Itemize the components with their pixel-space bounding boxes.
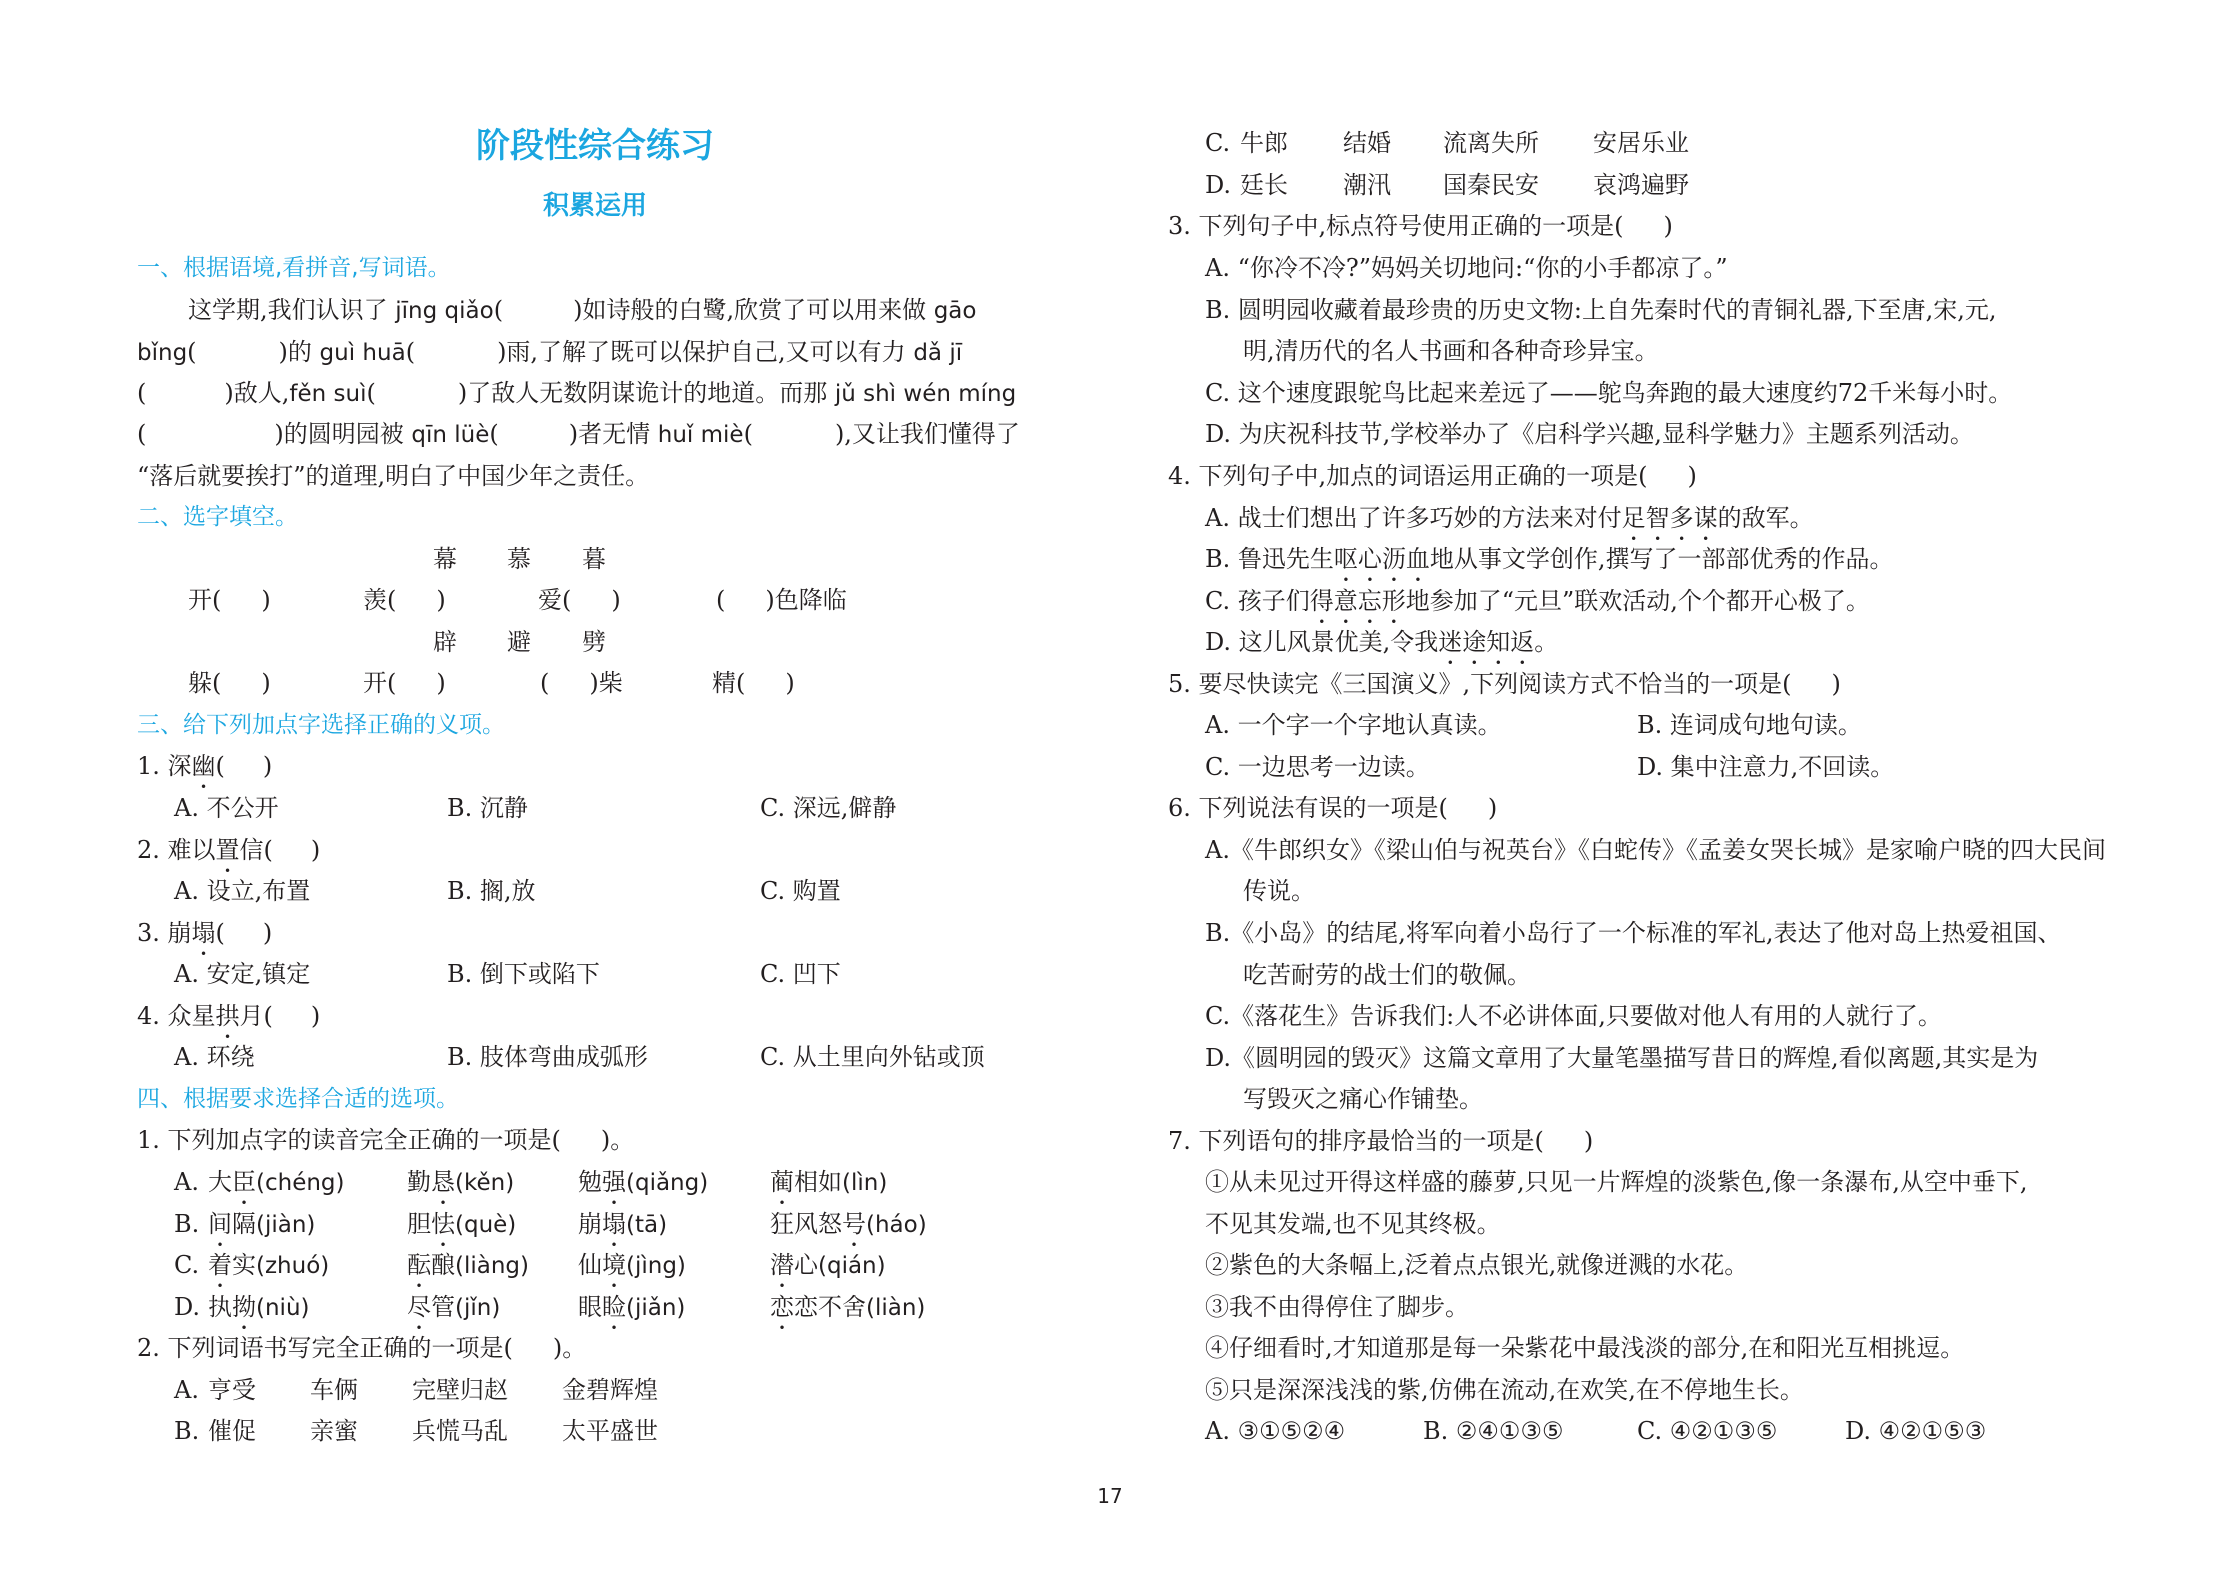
section1-line-2: bǐng()的 guì huā()雨,了解了既可以保护自己,又可以有力 dǎ j… (137, 337, 962, 367)
option-b[interactable]: B. 倒下或陷下 (447, 959, 600, 989)
word-item: 酝酿(liàng) (407, 1250, 529, 1293)
blank-close: ) (311, 836, 320, 864)
option-d[interactable]: D. 集中注意力,不回读。 (1637, 752, 1894, 782)
text: )如诗般的白鹭,欣赏了可以用来做 (573, 296, 934, 324)
word: 金碧辉煌 (562, 1375, 658, 1405)
s3-question-1: 1. 深幽() (137, 751, 272, 781)
pinyin: dǎ jī (913, 340, 962, 366)
emphasized-char: 着 (208, 1251, 232, 1279)
emphasized-char: 潜 (770, 1251, 794, 1279)
option-a[interactable]: A. ③①⑤②④ (1205, 1416, 1345, 1446)
option-b[interactable]: B. ②④①③⑤ (1423, 1416, 1563, 1446)
word: 车俩 (310, 1375, 358, 1405)
text: 大 (208, 1168, 232, 1196)
fill-item: 开() (188, 585, 271, 615)
s4-q7-sentence-1-cont: 不见其发端,也不见其终极。 (1205, 1209, 1501, 1239)
pinyin: (liàn) (866, 1295, 925, 1321)
page-number: 17 (1095, 1484, 1125, 1508)
word-part: 精( (712, 669, 745, 697)
section3-heading: 三、给下列加点字选择正确的义项。 (137, 710, 505, 740)
word: 结婚 (1343, 128, 1391, 158)
fill-item: 精() (712, 668, 795, 698)
blank-close: ) (263, 752, 272, 780)
text: 众星 (168, 1002, 216, 1030)
option-a[interactable]: A. 设立,布置 (174, 876, 310, 906)
pinyin: jǔ shì wén míng (835, 381, 1016, 407)
question-number: 4. (137, 1002, 160, 1030)
s4-q7-sentence-1: ①从未见过开得这样盛的藤萝,只见一片辉煌的淡紫色,像一条瀑布,从空中垂下, (1205, 1167, 2028, 1197)
text: A. 战士们想出了许多巧妙的方法来对付 (1205, 504, 1622, 532)
fill-item: 躲() (188, 668, 271, 698)
question-stem: 7. 下列语句的排序最恰当的一项是( (1168, 1127, 1544, 1155)
text: 相如 (794, 1168, 842, 1196)
char-option: 避 (507, 627, 531, 657)
text: C. 孩子们 (1205, 587, 1310, 615)
s3-question-2: 2. 难以置信() (137, 835, 320, 865)
emphasized-phrase: 呕心沥血 (1334, 545, 1430, 573)
s4-q6-option-b[interactable]: B.《小岛》的结尾,将军向着小岛行了一个标准的军礼,表达了他对岛上热爱祖国、 (1205, 918, 2062, 948)
emphasized-phrase: 得意忘形 (1310, 587, 1406, 615)
option-a[interactable]: A. 不公开 (174, 793, 279, 823)
s4-q6-option-d-cont: 写毁灭之痛心作铺垫。 (1243, 1084, 1483, 1114)
s4-q6-option-a-cont: 传说。 (1243, 876, 1315, 906)
option-b[interactable]: B. 肢体弯曲成弧形 (447, 1042, 648, 1072)
blank-open: ( (366, 379, 375, 407)
word: 催促 (208, 1416, 256, 1446)
s3-question-4: 4. 众星拱月() (137, 1001, 320, 1031)
emphasized-char: 恋 (770, 1293, 794, 1321)
emphasized-char: 恳 (431, 1168, 455, 1196)
text: 勤 (407, 1168, 431, 1196)
question-stem: 4. 下列句子中,加点的词语运用正确的一项是( (1168, 462, 1648, 490)
word-part: 羡( (363, 586, 396, 614)
blank-open: ( (716, 586, 725, 614)
text: 实 (232, 1251, 256, 1279)
word-item: 潜心(qián) (770, 1250, 886, 1293)
word: 牛郎 (1240, 128, 1288, 158)
s4-question-3: 3. 下列句子中,标点符号使用正确的一项是() (1168, 211, 1673, 241)
pinyin: (jǐn) (455, 1295, 500, 1321)
blank-close: ) (436, 586, 445, 614)
blank-close: ) (1832, 670, 1841, 698)
char-option: 幕 (433, 544, 457, 574)
text: ( (216, 752, 225, 780)
option-label: C. (174, 1250, 199, 1280)
char-option: 辟 (433, 627, 457, 657)
fill-item: ()色降临 (716, 585, 847, 615)
char-option: 暮 (582, 544, 606, 574)
blank-open: ( (744, 420, 753, 448)
blank-close: )。 (553, 1334, 586, 1362)
text: D. 这儿风景优美,令我 (1205, 628, 1438, 656)
text: 胆 (407, 1210, 431, 1238)
word: 潮汛 (1343, 170, 1391, 200)
word: 太平盛世 (562, 1416, 658, 1446)
emphasized-char: 强 (602, 1168, 626, 1196)
option-b[interactable]: B. 沉静 (447, 793, 528, 823)
blank-close: )。 (601, 1126, 634, 1154)
option-label: D. (1205, 170, 1231, 200)
blank-open: ( (540, 669, 549, 697)
word-part: )色降临 (765, 586, 846, 614)
s4-q7-sentence-4: ④仔细看时,才知道那是每一朵紫花中最浅淡的部分,在和阳光互相挑逗。 (1205, 1333, 1964, 1363)
text: 眼 (578, 1293, 602, 1321)
section1-line-4: ()的圆明园被 qīn lüè()者无情 huǐ miè(),又让我们懂得了 (137, 419, 1020, 449)
pinyin: (jìng) (626, 1253, 686, 1279)
option-label: C. (1205, 128, 1230, 158)
section1-line-5: “落后就要挨打”的道理,明白了中国少年之责任。 (137, 461, 649, 491)
blank-open: ( (489, 420, 498, 448)
section1-line-1: 这学期,我们认识了 jīng qiǎo()如诗般的白鹭,欣赏了可以用来做 gāo (188, 295, 976, 325)
s4-q3-option-b[interactable]: B. 圆明园收藏着最珍贵的历史文物:上自先秦时代的青铜礼器,下至唐,宋,元, (1205, 295, 1997, 325)
pinyin: (jiàn) (256, 1212, 315, 1238)
word-item: 着实(zhuó) (208, 1250, 329, 1293)
pinyin: qīn lüè (411, 422, 489, 448)
emphasized-char: 幽 (192, 752, 216, 780)
text: 的敌军。 (1718, 504, 1814, 532)
word: 国秦民安 (1443, 170, 1539, 200)
word-item: 眼睑(jiǎn) (578, 1292, 685, 1335)
pinyin: (chéng) (256, 1170, 345, 1196)
emphasized-char: 号 (842, 1210, 866, 1238)
s4-q4-option-c[interactable]: C. 孩子们得意忘形地参加了“元旦”联欢活动,个个都开心极了。 (1205, 586, 1870, 616)
text: 执 (208, 1293, 232, 1321)
fill-item: ()柴 (540, 668, 623, 698)
section1-line-3: ()敌人,fěn suì()了敌人无数阴谋诡计的地道。而那 jǔ shì wén… (137, 378, 1016, 408)
blank-open: ( (494, 296, 503, 324)
word: 兵慌马乱 (412, 1416, 508, 1446)
blank-close: ) (263, 919, 272, 947)
option-label: B. (174, 1416, 199, 1446)
page-subtitle: 积累运用 (0, 190, 1190, 222)
s4-q4-option-a[interactable]: A. 战士们想出了许多巧妙的方法来对付足智多谋的敌军。 (1205, 503, 1814, 533)
text: 勉 (578, 1168, 602, 1196)
question-stem: 2. 下列词语书写完全正确的一项是( (137, 1334, 513, 1362)
fill-item: 开() (363, 668, 446, 698)
pinyin: huǐ miè (658, 422, 744, 448)
s4-q7-sentence-3: ③我不由得停住了脚步。 (1205, 1292, 1469, 1322)
text: )的 (279, 338, 320, 366)
text: 心 (794, 1251, 818, 1279)
word-item: 仙境(jìng) (578, 1250, 686, 1293)
text: 月( (240, 1002, 273, 1030)
s4-question-5: 5. 要尽快读完《三国演义》,下列阅读方式不恰当的一项是() (1168, 669, 1841, 699)
blank-open: ( (137, 379, 146, 407)
option-c[interactable]: C. ④②①③⑤ (1637, 1416, 1777, 1446)
s4-q3-option-a[interactable]: A. “你冷不冷?”妈妈关切地问:“你的小手都凉了。” (1205, 253, 1728, 283)
blank-close: ) (1584, 1127, 1593, 1155)
option-a[interactable]: A. 环绕 (174, 1042, 255, 1072)
s4-q4-option-b[interactable]: B. 鲁迅先生呕心沥血地从事文学创作,撰写了一部部优秀的作品。 (1205, 544, 1894, 574)
pinyin: gāo (934, 298, 977, 324)
text: 崩 (578, 1210, 602, 1238)
option-label: A. (174, 1167, 199, 1197)
text: 信( (240, 836, 273, 864)
blank-open: ( (187, 338, 196, 366)
word: 哀鸿遍野 (1593, 170, 1689, 200)
text: )敌人, (224, 379, 289, 407)
word-item: 恋恋不舍(liàn) (770, 1292, 925, 1335)
text: 仙 (578, 1251, 602, 1279)
blank-close: ) (1488, 794, 1497, 822)
question-number: 2. (137, 836, 160, 864)
word: 流离失所 (1443, 128, 1539, 158)
s4-question-6: 6. 下列说法有误的一项是() (1168, 793, 1497, 823)
s4-q6-option-d[interactable]: D.《圆明园的毁灭》这篇文章用了大量笔墨描写昔日的辉煌,看似离题,其实是为 (1205, 1043, 2038, 1073)
pinyin: (tā) (626, 1212, 667, 1238)
pinyin: guì huā (320, 340, 406, 366)
option-c[interactable]: C. 一边思考一边读。 (1205, 752, 1430, 782)
s4-q6-option-a[interactable]: A.《牛郎织女》《梁山伯与祝英台》《白蛇传》《孟姜女哭长城》是家喻户晓的四大民间 (1205, 835, 2106, 865)
option-label: B. (174, 1209, 199, 1239)
emphasized-char: 间 (208, 1210, 232, 1238)
emphasized-char: 臣 (232, 1168, 256, 1196)
text: )了敌人无数阴谋诡计的地道。而那 (458, 379, 835, 407)
pinyin: fěn suì (289, 381, 366, 407)
text: 狂风怒 (770, 1210, 842, 1238)
word-item: 崩塌(tā) (578, 1209, 667, 1252)
s4-q7-sentence-5: ⑤只是深深浅浅的紫,仿佛在流动,在欢笑,在不停地生长。 (1205, 1375, 1804, 1405)
pinyin: (liàng) (455, 1253, 529, 1279)
question-stem: 6. 下列说法有误的一项是( (1168, 794, 1448, 822)
word: 安居乐业 (1593, 128, 1689, 158)
pinyin: (jiǎn) (626, 1295, 685, 1321)
emphasized-char: 睑 (602, 1293, 626, 1321)
text: 恋不舍 (794, 1293, 866, 1321)
option-a[interactable]: A. 一个字一个字地认真读。 (1205, 710, 1502, 740)
word: 完壁归赵 (412, 1375, 508, 1405)
word-item: 执拗(niù) (208, 1292, 310, 1335)
word: 廷长 (1240, 170, 1288, 200)
pinyin: bǐng (137, 340, 187, 366)
pinyin: (zhuó) (256, 1253, 329, 1279)
word-item: 狂风怒号(háo) (770, 1209, 927, 1252)
section2-heading: 二、选字填空。 (137, 502, 298, 532)
emphasized-phrase: 足智多谋 (1622, 504, 1718, 532)
pinyin: (què) (455, 1212, 516, 1238)
option-label: A. (174, 1375, 199, 1405)
pinyin: (qián) (818, 1253, 886, 1279)
text: 难以 (168, 836, 216, 864)
question-stem: 3. 下列句子中,标点符号使用正确的一项是( (1168, 212, 1624, 240)
option-c[interactable]: C. 深远,僻静 (760, 793, 896, 823)
option-c[interactable]: C. 凹下 (760, 959, 841, 989)
option-label: D. (174, 1292, 200, 1322)
pinyin: (niù) (256, 1295, 310, 1321)
blank-close: ) (261, 586, 270, 614)
emphasized-char: 塌 (602, 1210, 626, 1238)
fill-item: 羡() (363, 585, 446, 615)
word: 亲蜜 (310, 1416, 358, 1446)
char-option: 慕 (507, 544, 531, 574)
s4-q3-option-b-cont: 明,清历代的名人书画和各种奇珍异宝。 (1243, 336, 1659, 366)
word: 亨受 (208, 1375, 256, 1405)
text: 隔 (232, 1210, 256, 1238)
word-item: 尽管(jǐn) (407, 1292, 500, 1335)
option-c[interactable]: C. 购置 (760, 876, 841, 906)
section4-heading: 四、根据要求选择合适的选项。 (137, 1084, 459, 1114)
s4-q3-option-c[interactable]: C. 这个速度跟鸵鸟比起来差远了——鸵鸟奔跑的最大速度约72千米每小时。 (1205, 378, 2012, 408)
text: )雨,了解了既可以保护自己,又可以有力 (497, 338, 913, 366)
emphasized-char: 尽 (407, 1293, 431, 1321)
emphasized-char: 塌 (192, 919, 216, 947)
s4-question-7: 7. 下列语句的排序最恰当的一项是() (1168, 1126, 1593, 1156)
s4-q4-option-d[interactable]: D. 这儿风景优美,令我迷途知返。 (1205, 627, 1558, 657)
text: 地从事文学创作,撰写了一部部优秀的作品。 (1430, 545, 1894, 573)
word-part: 开( (188, 586, 221, 614)
option-d[interactable]: D. ④②①⑤③ (1845, 1416, 1986, 1446)
text: 。 (1534, 628, 1558, 656)
pinyin: jīng qiǎo (395, 298, 493, 324)
s4-q6-option-c[interactable]: C.《落花生》告诉我们:人不必讲体面,只要做对他人有用的人就行了。 (1205, 1001, 1942, 1031)
s4-question-2: 2. 下列词语书写完全正确的一项是()。 (137, 1333, 586, 1363)
emphasized-char: 蔺 (770, 1168, 794, 1196)
blank-close: ) (785, 669, 794, 697)
text: )者无情 (569, 420, 658, 448)
text: 地参加了“元旦”联欢活动,个个都开心极了。 (1406, 587, 1870, 615)
text: ),又让我们懂得了 (835, 420, 1020, 448)
blank-close: ) (1664, 212, 1673, 240)
text: 崩 (168, 919, 192, 947)
emphasized-char: 拗 (232, 1293, 256, 1321)
s4-question-4: 4. 下列句子中,加点的词语运用正确的一项是() (1168, 461, 1697, 491)
blank-open: ( (406, 338, 415, 366)
s4-q3-option-d[interactable]: D. 为庆祝科技节,学校举办了《启科学兴趣,显科学魅力》主题系列活动。 (1205, 419, 1974, 449)
option-b[interactable]: B. 连词成句地句读。 (1637, 710, 1862, 740)
question-number: 3. (137, 919, 160, 947)
question-number: 1. (137, 752, 160, 780)
emphasized-char: 置 (216, 836, 240, 864)
page-title: 阶段性综合练习 (0, 126, 1190, 166)
s4-q7-sentence-2: ②紫色的大条幅上,泛着点点银光,就像迸溅的水花。 (1205, 1250, 1748, 1280)
question-stem: 1. 下列加点字的读音完全正确的一项是( (137, 1126, 561, 1154)
text: 这学期,我们认识了 (188, 296, 395, 324)
pinyin: (lìn) (842, 1170, 887, 1196)
word-part: 爱( (538, 586, 571, 614)
emphasized-char: 拱 (216, 1002, 240, 1030)
blank-close: ) (611, 586, 620, 614)
s3-question-3: 3. 崩塌() (137, 918, 272, 948)
text: 酿 (431, 1251, 455, 1279)
text: 管 (431, 1293, 455, 1321)
s4-question-1: 1. 下列加点字的读音完全正确的一项是()。 (137, 1125, 634, 1155)
word-item: 勤恳(kěn) (407, 1167, 514, 1210)
fill-item: 爱() (538, 585, 621, 615)
word-item: 大臣(chéng) (208, 1167, 345, 1210)
pinyin: (qiǎng) (626, 1170, 708, 1196)
word-part: 开( (363, 669, 396, 697)
text: B. 鲁迅先生 (1205, 545, 1334, 573)
emphasized-phrase: 迷途知返 (1438, 628, 1534, 656)
option-b[interactable]: B. 搁,放 (447, 876, 536, 906)
pinyin: (kěn) (455, 1170, 514, 1196)
text: )的圆明园被 (274, 420, 411, 448)
section1-heading: 一、根据语境,看拼音,写词语。 (137, 253, 451, 283)
option-a[interactable]: A. 安定,镇定 (174, 959, 310, 989)
word-item: 勉强(qiǎng) (578, 1167, 708, 1210)
char-option: 劈 (582, 627, 606, 657)
option-c[interactable]: C. 从土里向外钻或顶 (760, 1042, 985, 1072)
blank-close: ) (261, 669, 270, 697)
text: ( (216, 919, 225, 947)
word-item: 间隔(jiàn) (208, 1209, 315, 1252)
word-part: 躲( (188, 669, 221, 697)
emphasized-char: 境 (602, 1251, 626, 1279)
text: 深 (168, 752, 192, 780)
emphasized-char: 酝 (407, 1251, 431, 1279)
s4-q6-option-b-cont: 吃苦耐劳的战士们的敬佩。 (1243, 960, 1531, 990)
blank-close: ) (436, 669, 445, 697)
word-item: 胆怯(què) (407, 1209, 516, 1252)
word-part: )柴 (589, 669, 622, 697)
question-stem: 5. 要尽快读完《三国演义》,下列阅读方式不恰当的一项是( (1168, 670, 1792, 698)
pinyin: (háo) (866, 1212, 927, 1238)
blank-close: ) (1688, 462, 1697, 490)
blank-close: ) (311, 1002, 320, 1030)
blank-open: ( (137, 420, 146, 448)
emphasized-char: 怯 (431, 1210, 455, 1238)
word-item: 蔺相如(lìn) (770, 1167, 887, 1210)
